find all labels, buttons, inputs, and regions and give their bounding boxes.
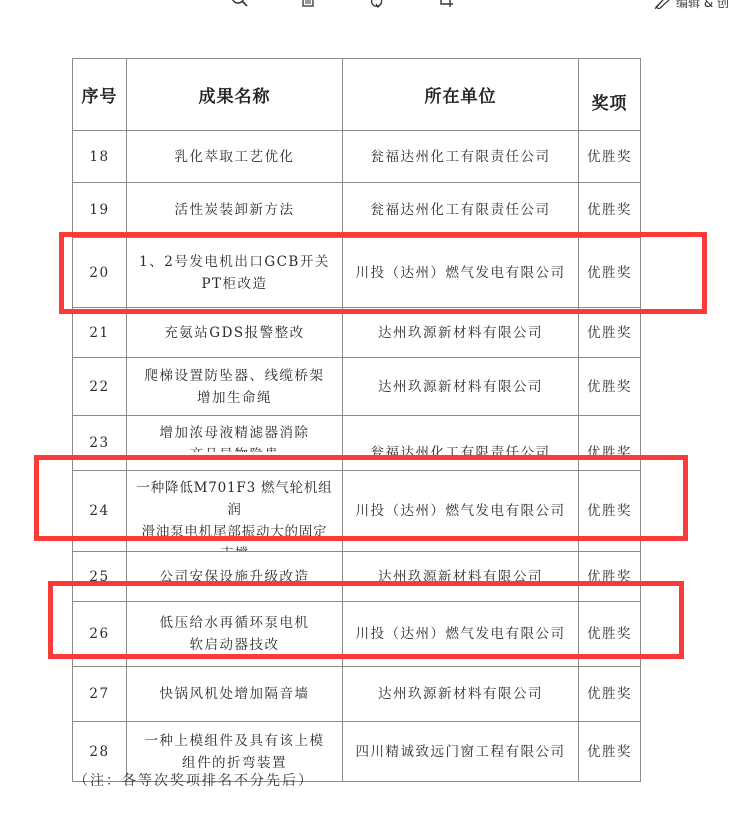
table-row: 21 充氨站GDS报警整改 达州玖源新材料有限公司 优胜奖 [73,308,641,358]
header-prize: 奖项 [579,59,641,131]
crop-icon[interactable] [436,0,456,12]
row-prize: 优胜奖 [579,308,641,358]
row-unit: 瓮福达州化工有限责任公司 [343,183,579,238]
table-row: 27 快锅风机处增加隔音墙 达州玖源新材料有限公司 优胜奖 [73,667,641,722]
row-no: 19 [73,183,127,238]
row-unit: 达州玖源新材料有限公司 [343,308,579,358]
edit-label: 编辑 & 创 [676,0,729,11]
document-page: 序号 成果名称 所在单位 奖项 18 乳化萃取工艺优化 瓮福达州化工有限责任公司… [72,58,640,782]
row-prize: 优胜奖 [579,131,641,183]
row-name: 活性炭装卸新方法 [127,183,343,238]
delete-icon[interactable] [298,0,318,12]
header-unit: 所在单位 [343,59,579,131]
toolbar: 编辑 & 创 [0,0,729,14]
footnote: （注：各等次奖项排名不分先后） [74,770,314,790]
row-name-line: 产品异物隐患 [131,444,338,452]
table-row: 19 活性炭装卸新方法 瓮福达州化工有限责任公司 优胜奖 [73,183,641,238]
row-name-line: 支撑 [131,543,338,551]
awards-table: 序号 成果名称 所在单位 奖项 18 乳化萃取工艺优化 瓮福达州化工有限责任公司… [72,58,641,782]
table-row: 22 爬梯设置防坠器、线缆桥架 增加生命绳 达州玖源新材料有限公司 优胜奖 [73,358,641,416]
row-no: 27 [73,667,127,722]
row-name-line: 一种上模组件及具有该上模 [131,730,338,752]
row-no: 18 [73,131,127,183]
row-name: 爬梯设置防坠器、线缆桥架 增加生命绳 [127,358,343,416]
table-row: 18 乳化萃取工艺优化 瓮福达州化工有限责任公司 优胜奖 [73,131,641,183]
highlight-box-row-24 [34,455,688,541]
header-no: 序号 [73,59,127,131]
row-unit: 瓮福达州化工有限责任公司 [343,131,579,183]
row-no: 21 [73,308,127,358]
rotate-icon[interactable] [368,0,388,12]
row-no: 22 [73,358,127,416]
row-name: 乳化萃取工艺优化 [127,131,343,183]
row-unit: 四川精诚致远门窗工程有限公司 [343,722,579,782]
row-unit: 达州玖源新材料有限公司 [343,358,579,416]
row-name-line: 爬梯设置防坠器、线缆桥架 [131,365,338,387]
header-name: 成果名称 [127,59,343,131]
row-name: 充氨站GDS报警整改 [127,308,343,358]
row-name: 快锅风机处增加隔音墙 [127,667,343,722]
row-prize: 优胜奖 [579,358,641,416]
highlight-box-row-20 [59,232,707,314]
zoom-icon[interactable] [230,0,250,12]
row-prize: 优胜奖 [579,183,641,238]
edit-pen-icon [654,0,672,9]
highlight-box-row-26 [48,581,684,659]
row-name-line: 增加浓母液精滤器消除 [131,422,338,444]
row-unit: 达州玖源新材料有限公司 [343,667,579,722]
edit-button[interactable]: 编辑 & 创 [654,0,729,10]
row-prize: 优胜奖 [579,722,641,782]
row-name-line: 增加生命绳 [131,387,338,409]
table-header-row: 序号 成果名称 所在单位 奖项 [73,59,641,131]
row-prize: 优胜奖 [579,667,641,722]
